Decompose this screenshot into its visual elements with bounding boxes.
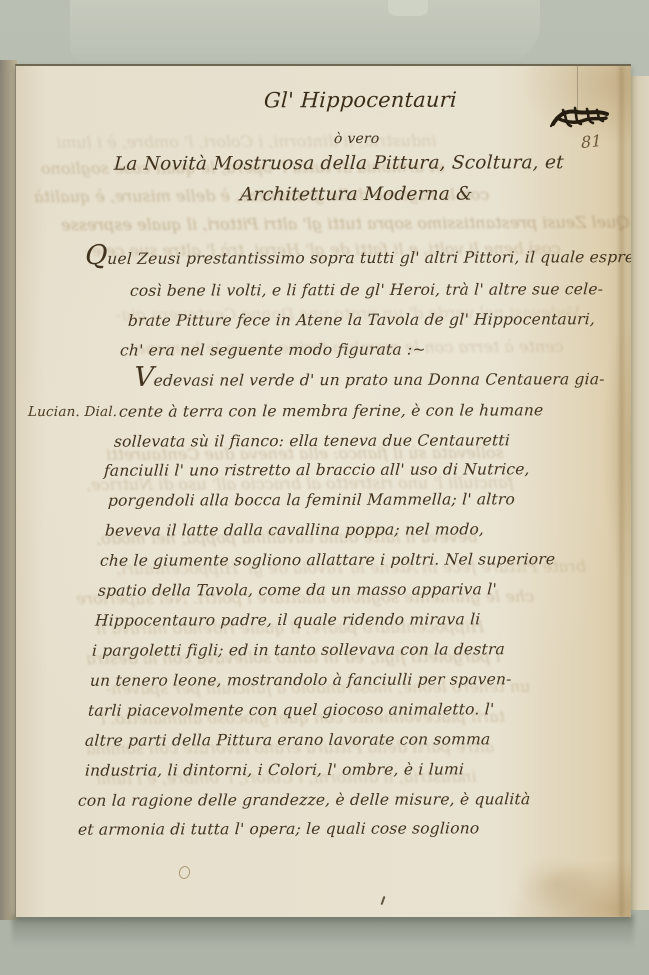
page-bottom-shadow: [12, 915, 634, 947]
scan-background-highlight: [70, 0, 540, 64]
body-line: tarli piacevolmente con quel giocoso ani…: [88, 700, 495, 719]
underlying-page-edge: [629, 76, 649, 910]
body-line: Vedevasi nel verde d' un prato una Donna…: [134, 370, 606, 390]
title-line-4: Architettura Moderna &: [239, 184, 473, 206]
body-line: Quel Zeusi prestantissimo sopra tutti gl…: [85, 248, 631, 268]
ink-speck-mark: [381, 896, 386, 905]
struck-out-folio-scribble: [549, 102, 611, 132]
ink-ring-mark: [178, 865, 192, 880]
manuscript-scan: { "document": { "folio_number": "81", "m…: [0, 0, 649, 975]
body-line: un tenero leone, mostrandolo à fanciulli…: [90, 670, 513, 689]
showthrough-line: Quel Zeusi prestantissimo sopra tutti gl…: [61, 213, 630, 235]
title-line-1: Gl' Hippocentauri: [263, 88, 457, 113]
manuscript-page: industria, li dintorni, i Colori, l' omb…: [15, 64, 631, 917]
body-line: sollevata sù il fianco: ella teneva due …: [114, 431, 511, 450]
body-line: beveva il latte dalla cavallina poppa; n…: [105, 520, 485, 539]
body-line: spatio della Tavola, come da un masso ap…: [98, 580, 498, 599]
deckle-edge: [619, 66, 624, 917]
margin-note-lucian-dial: Lucian. Dial.: [28, 404, 118, 420]
body-line: cente à terra con le membra ferine, è co…: [119, 401, 544, 420]
body-line: fanciulli l' uno ristretto al braccio al…: [104, 460, 531, 479]
body-line: ch' era nel seguente modo figurata :~: [120, 340, 427, 359]
title-line-3: La Novità Mostruosa della Pittura, Scolt…: [113, 152, 564, 175]
scan-background-notch: [388, 0, 428, 16]
body-line: i pargoletti figli; ed in tanto sollevav…: [92, 640, 506, 659]
body-line: così bene li volti, e li fatti de gl' He…: [130, 280, 604, 300]
body-line: industria, li dintorni, i Colori, l' omb…: [85, 760, 465, 779]
body-line: porgendoli alla bocca la feminil Mammell…: [108, 490, 516, 509]
body-line: che le giumente sogliono allattare i pol…: [100, 550, 556, 570]
body-line: brate Pitture fece in Atene la Tavola de…: [128, 310, 596, 330]
title-line-2: ò vero: [334, 131, 380, 147]
body-line: et armonia di tutta l' opera; le quali c…: [78, 819, 480, 838]
body-line: Hippocentauro padre, il quale ridendo mi…: [95, 610, 481, 629]
folio-number: 81: [581, 131, 602, 152]
body-line: con la ragione delle grandezze, è delle …: [78, 790, 531, 810]
body-line: altre parti della Pittura erano lavorate…: [85, 730, 491, 749]
